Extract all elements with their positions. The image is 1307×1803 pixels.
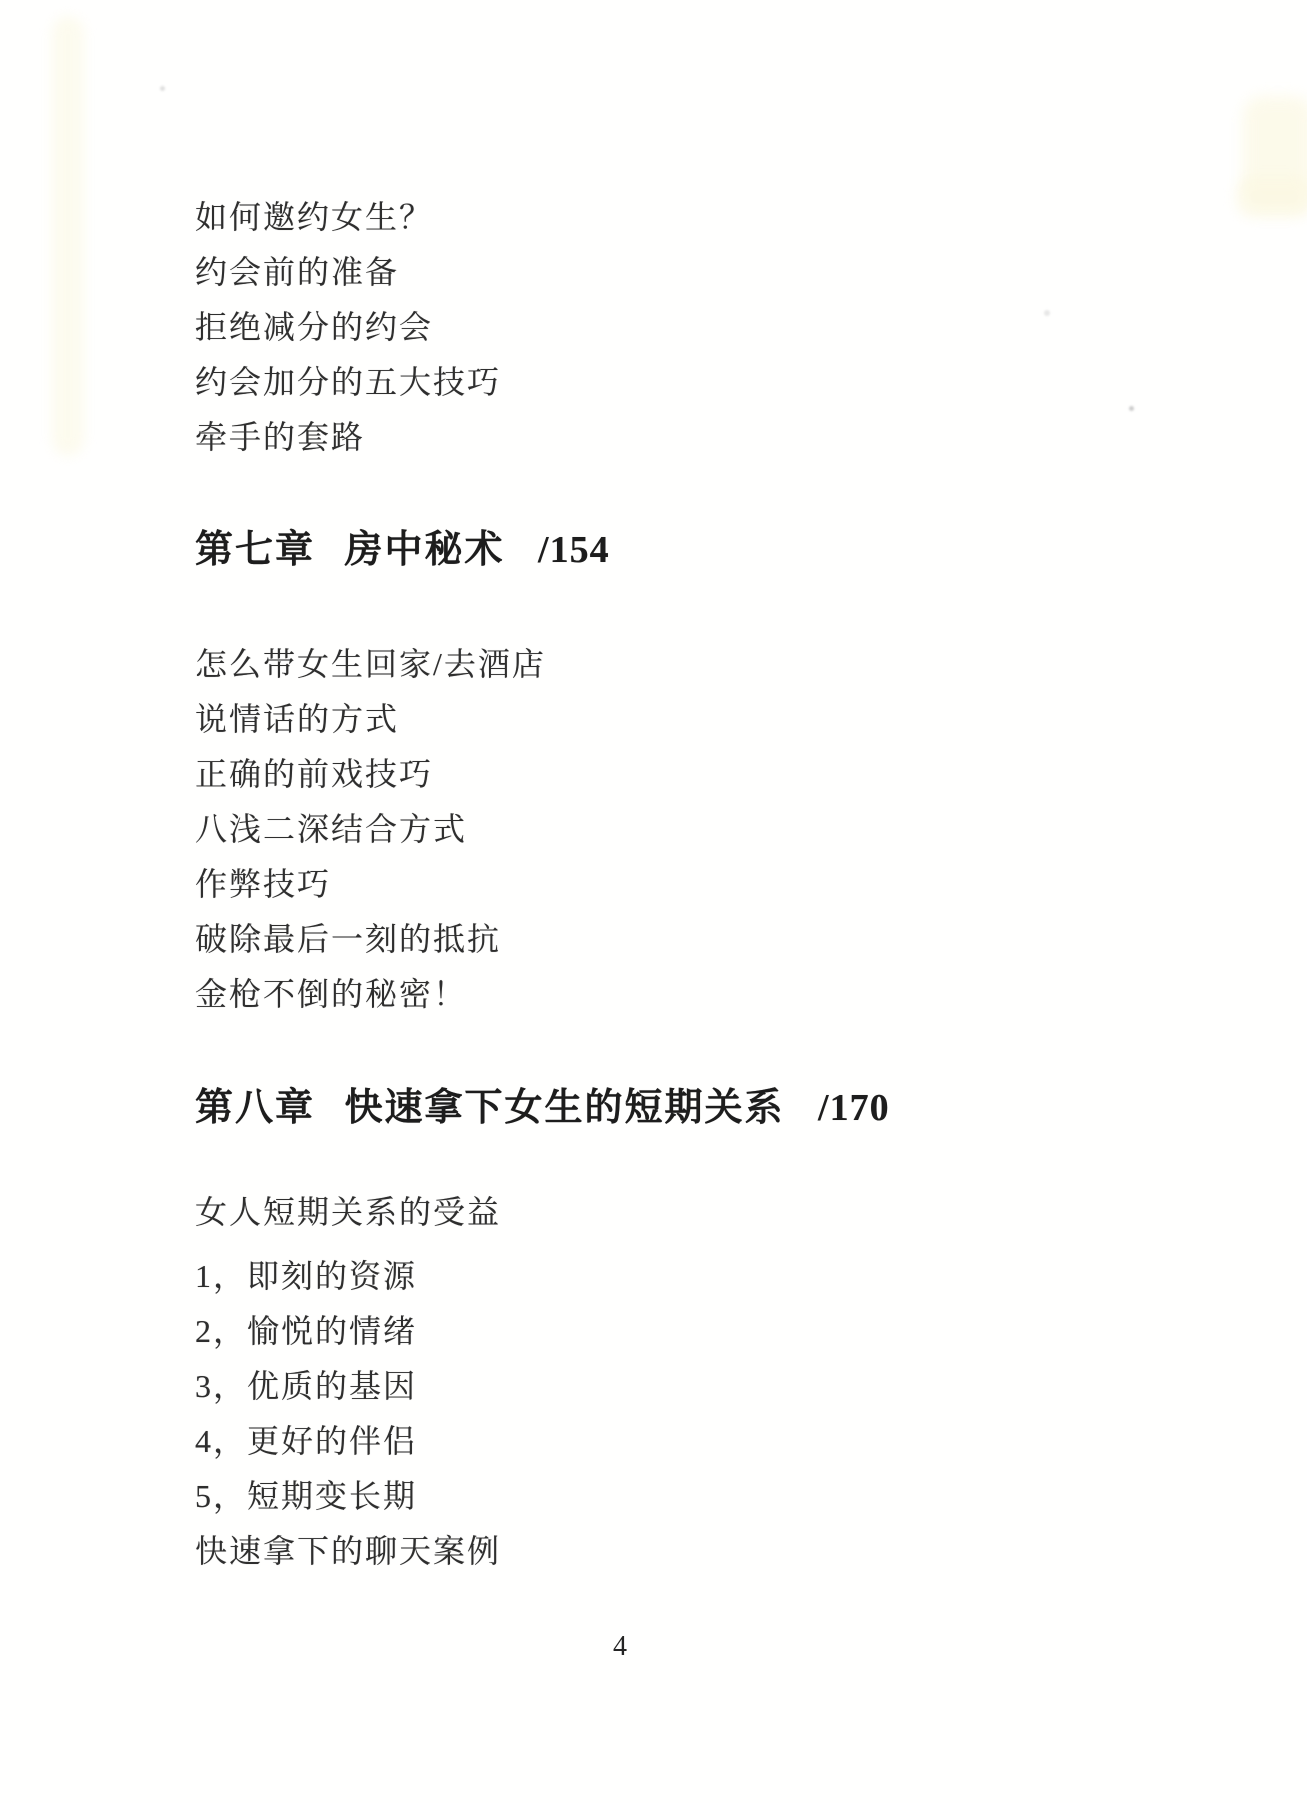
chapter-7-heading: 第七章 房中秘术 /154 bbox=[195, 521, 1267, 579]
scanned-book-page: 如何邀约女生？ 约会前的准备 拒绝减分的约会 约会加分的五大技巧 牵手的套路 第… bbox=[0, 0, 1307, 1803]
toc-item: 2，愉悦的情绪 bbox=[195, 1304, 1267, 1359]
chapter-7-label: 第七章 bbox=[195, 529, 315, 571]
toc-item: 1，即刻的资源 bbox=[195, 1249, 1267, 1304]
toc-item: 拒绝减分的约会 bbox=[195, 300, 1267, 355]
toc-item: 作弊技巧 bbox=[195, 857, 1267, 912]
chapter-8-heading: 第八章 快速拿下女生的短期关系 /170 bbox=[195, 1079, 1267, 1137]
toc-item: 八浅二深结合方式 bbox=[195, 802, 1267, 857]
toc-group-chapter8-items: 女人短期关系的受益 1，即刻的资源 2，愉悦的情绪 3，优质的基因 4，更好的伴… bbox=[195, 1185, 1267, 1579]
toc-item: 金枪不倒的秘密！ bbox=[195, 967, 1267, 1022]
scan-speck bbox=[160, 86, 165, 91]
toc-item: 4，更好的伴侣 bbox=[195, 1414, 1267, 1469]
toc-item: 约会加分的五大技巧 bbox=[195, 355, 1267, 410]
toc-item: 破除最后一刻的抵抗 bbox=[195, 912, 1267, 967]
toc-group-chapter6-items: 如何邀约女生？ 约会前的准备 拒绝减分的约会 约会加分的五大技巧 牵手的套路 bbox=[195, 190, 1267, 465]
toc-content: 如何邀约女生？ 约会前的准备 拒绝减分的约会 约会加分的五大技巧 牵手的套路 第… bbox=[195, 0, 1267, 1579]
scan-stain bbox=[52, 16, 84, 456]
toc-item: 约会前的准备 bbox=[195, 245, 1267, 300]
toc-item: 女人短期关系的受益 bbox=[195, 1185, 1267, 1240]
toc-item: 说情话的方式 bbox=[195, 692, 1267, 747]
toc-item: 怎么带女生回家/去酒店 bbox=[195, 637, 1267, 692]
toc-item: 正确的前戏技巧 bbox=[195, 747, 1267, 802]
chapter-7-page-ref: /154 bbox=[538, 529, 610, 571]
chapter-7-title: 房中秘术 bbox=[345, 529, 505, 571]
toc-item: 如何邀约女生？ bbox=[195, 190, 1267, 245]
chapter-8-title: 快速拿下女生的短期关系 bbox=[345, 1087, 785, 1129]
chapter-8-page-ref: /170 bbox=[818, 1087, 890, 1129]
chapter-8-label: 第八章 bbox=[195, 1087, 315, 1129]
toc-item: 5，短期变长期 bbox=[195, 1469, 1267, 1524]
toc-item: 3，优质的基因 bbox=[195, 1359, 1267, 1414]
toc-item: 牵手的套路 bbox=[195, 410, 1267, 465]
toc-item: 快速拿下的聊天案例 bbox=[195, 1524, 1267, 1579]
toc-group-chapter7-items: 怎么带女生回家/去酒店 说情话的方式 正确的前戏技巧 八浅二深结合方式 作弊技巧… bbox=[195, 637, 1267, 1022]
page-number: 4 bbox=[560, 1627, 680, 1667]
